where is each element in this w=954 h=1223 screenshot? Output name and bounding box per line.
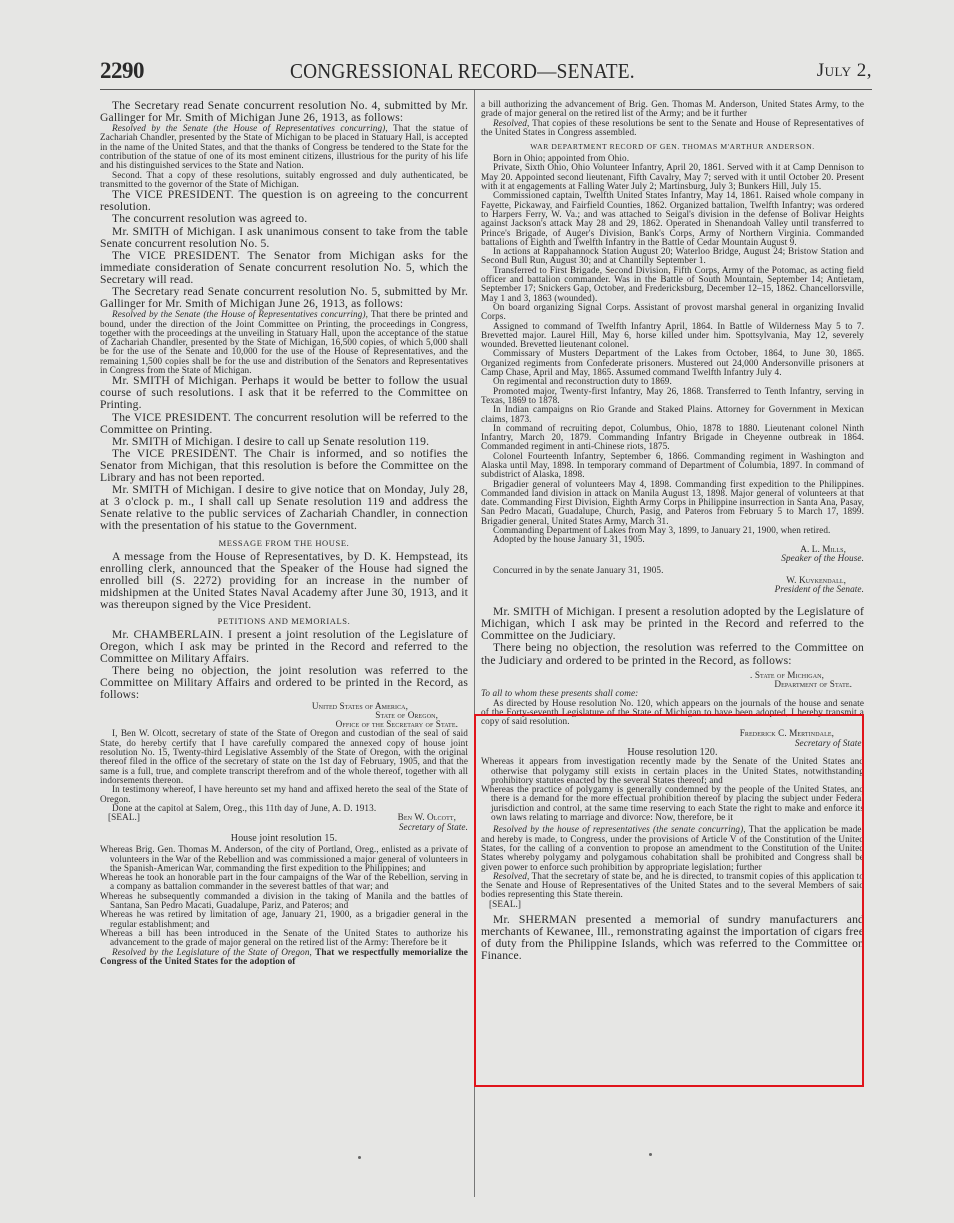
left-column: The Secretary read Senate concurrent res… [100, 100, 468, 966]
section-heading: PETITIONS AND MEMORIALS. [100, 616, 468, 626]
paragraph: Mr. SMITH of Michigan. I ask unanimous c… [100, 226, 468, 250]
page-header: 2290 CONGRESSIONAL RECORD—SENATE. July 2… [100, 58, 872, 88]
whereas-clause: Whereas a bill has been introduced in th… [100, 929, 468, 948]
paragraph: Mr. SMITH of Michigan. I present a resol… [481, 606, 864, 642]
paragraph: The VICE PRESIDENT. The Chair is informe… [100, 448, 468, 484]
resolution-text: Resolved, That the secretary of state be… [481, 872, 864, 900]
signature-title: President of the Senate. [481, 585, 864, 594]
record-entry: Transferred to First Brigade, Second Div… [481, 266, 864, 303]
resolution-text: a bill authorizing the advancement of Br… [481, 100, 864, 119]
paragraph: Mr. SMITH of Michigan. I desire to give … [100, 484, 468, 532]
record-entry: Colonel Fourteenth Infantry, September 6… [481, 452, 864, 480]
paragraph: The Secretary read Senate concurrent res… [100, 286, 468, 310]
resolution-text: Resolved by the Senate (the House of Rep… [100, 310, 468, 375]
paragraph: There being no objection, the resolution… [481, 642, 864, 666]
record-entry: In actions at Rappahannock Station Augus… [481, 247, 864, 266]
record-entry: In command of recruiting depot, Columbus… [481, 424, 864, 452]
column-divider [474, 90, 475, 1197]
section-heading: WAR DEPARTMENT RECORD OF GEN. THOMAS M'A… [481, 142, 864, 151]
section-heading: MESSAGE FROM THE HOUSE. [100, 538, 468, 548]
whereas-clause: Whereas he subsequently commanded a divi… [100, 892, 468, 911]
whereas-clause: Whereas it appears from investigation re… [481, 757, 864, 785]
record-entry: Assigned to command of Twelfth Infantry … [481, 322, 864, 350]
certificate-text: I, Ben W. Olcott, secretary of state of … [100, 729, 468, 785]
signature-title: Speaker of the House. [481, 554, 864, 563]
paragraph: The VICE PRESIDENT. The concurrent resol… [100, 412, 468, 436]
whereas-clause: Whereas he was retired by limitation of … [100, 910, 468, 929]
header-rule [100, 89, 872, 90]
seal-mark: [SEAL.] [481, 900, 864, 909]
paragraph: Mr. SHERMAN presented a memorial of sund… [481, 914, 864, 962]
whereas-clause: Whereas the practice of polygamy is gene… [481, 785, 864, 822]
certificate-text: As directed by House resolution No. 120,… [481, 699, 864, 727]
resolution-text: Second. That a copy of these resolutions… [100, 171, 468, 190]
record-entry: In Indian campaigns on Rio Grande and St… [481, 405, 864, 424]
resolution-text: Resolved, That copies of these resolutio… [481, 119, 864, 138]
record-entry: Commissioned captain, Twelfth United Sta… [481, 191, 864, 247]
record-entry: Promoted major, Twenty-first Infantry, M… [481, 387, 864, 406]
record-entry: On board organizing Signal Corps. Assist… [481, 303, 864, 322]
paragraph: Mr. SMITH of Michigan. Perhaps it would … [100, 375, 468, 411]
right-column: a bill authorizing the advancement of Br… [481, 100, 864, 962]
paragraph: There being no objection, the joint reso… [100, 665, 468, 701]
whereas-clause: Whereas Brig. Gen. Thomas M. Anderson, o… [100, 845, 468, 873]
resolution-text: Resolved by the Legislature of the State… [100, 948, 468, 967]
publication-title: CONGRESSIONAL RECORD—SENATE. [290, 59, 635, 84]
paragraph: The VICE PRESIDENT. The question is on a… [100, 189, 468, 213]
whereas-clause: Whereas he took an honorable part in the… [100, 873, 468, 892]
certificate-text: In testimony whereof, I have hereunto se… [100, 785, 468, 804]
paragraph: A message from the House of Representati… [100, 551, 468, 611]
subsection-heading: House joint resolution 15. [100, 834, 468, 843]
page-date: July 2, [817, 60, 872, 82]
signature-title: Secretary of State. [100, 823, 468, 832]
record-entry: Private, Sixth Ohio, Ohio Volunteer Infa… [481, 163, 864, 191]
paragraph: The concurrent resolution was agreed to. [100, 213, 468, 225]
resolution-text: Resolved by the house of representatives… [481, 825, 864, 871]
congressional-record-page: 2290 CONGRESSIONAL RECORD—SENATE. July 2… [0, 0, 954, 1223]
paper-speck [649, 1153, 652, 1156]
paragraph: The Secretary read Senate concurrent res… [100, 100, 468, 124]
resolution-text: Resolved by the Senate (the House of Rep… [100, 124, 468, 170]
page-number: 2290 [100, 58, 144, 84]
paragraph: Mr. CHAMBERLAIN. I present a joint resol… [100, 629, 468, 665]
paper-speck [358, 1156, 361, 1159]
paragraph: The VICE PRESIDENT. The Senator from Mic… [100, 250, 468, 286]
record-entry: Commissary of Musters Department of the … [481, 349, 864, 377]
record-entry: Brigadier general of volunteers May 4, 1… [481, 480, 864, 526]
